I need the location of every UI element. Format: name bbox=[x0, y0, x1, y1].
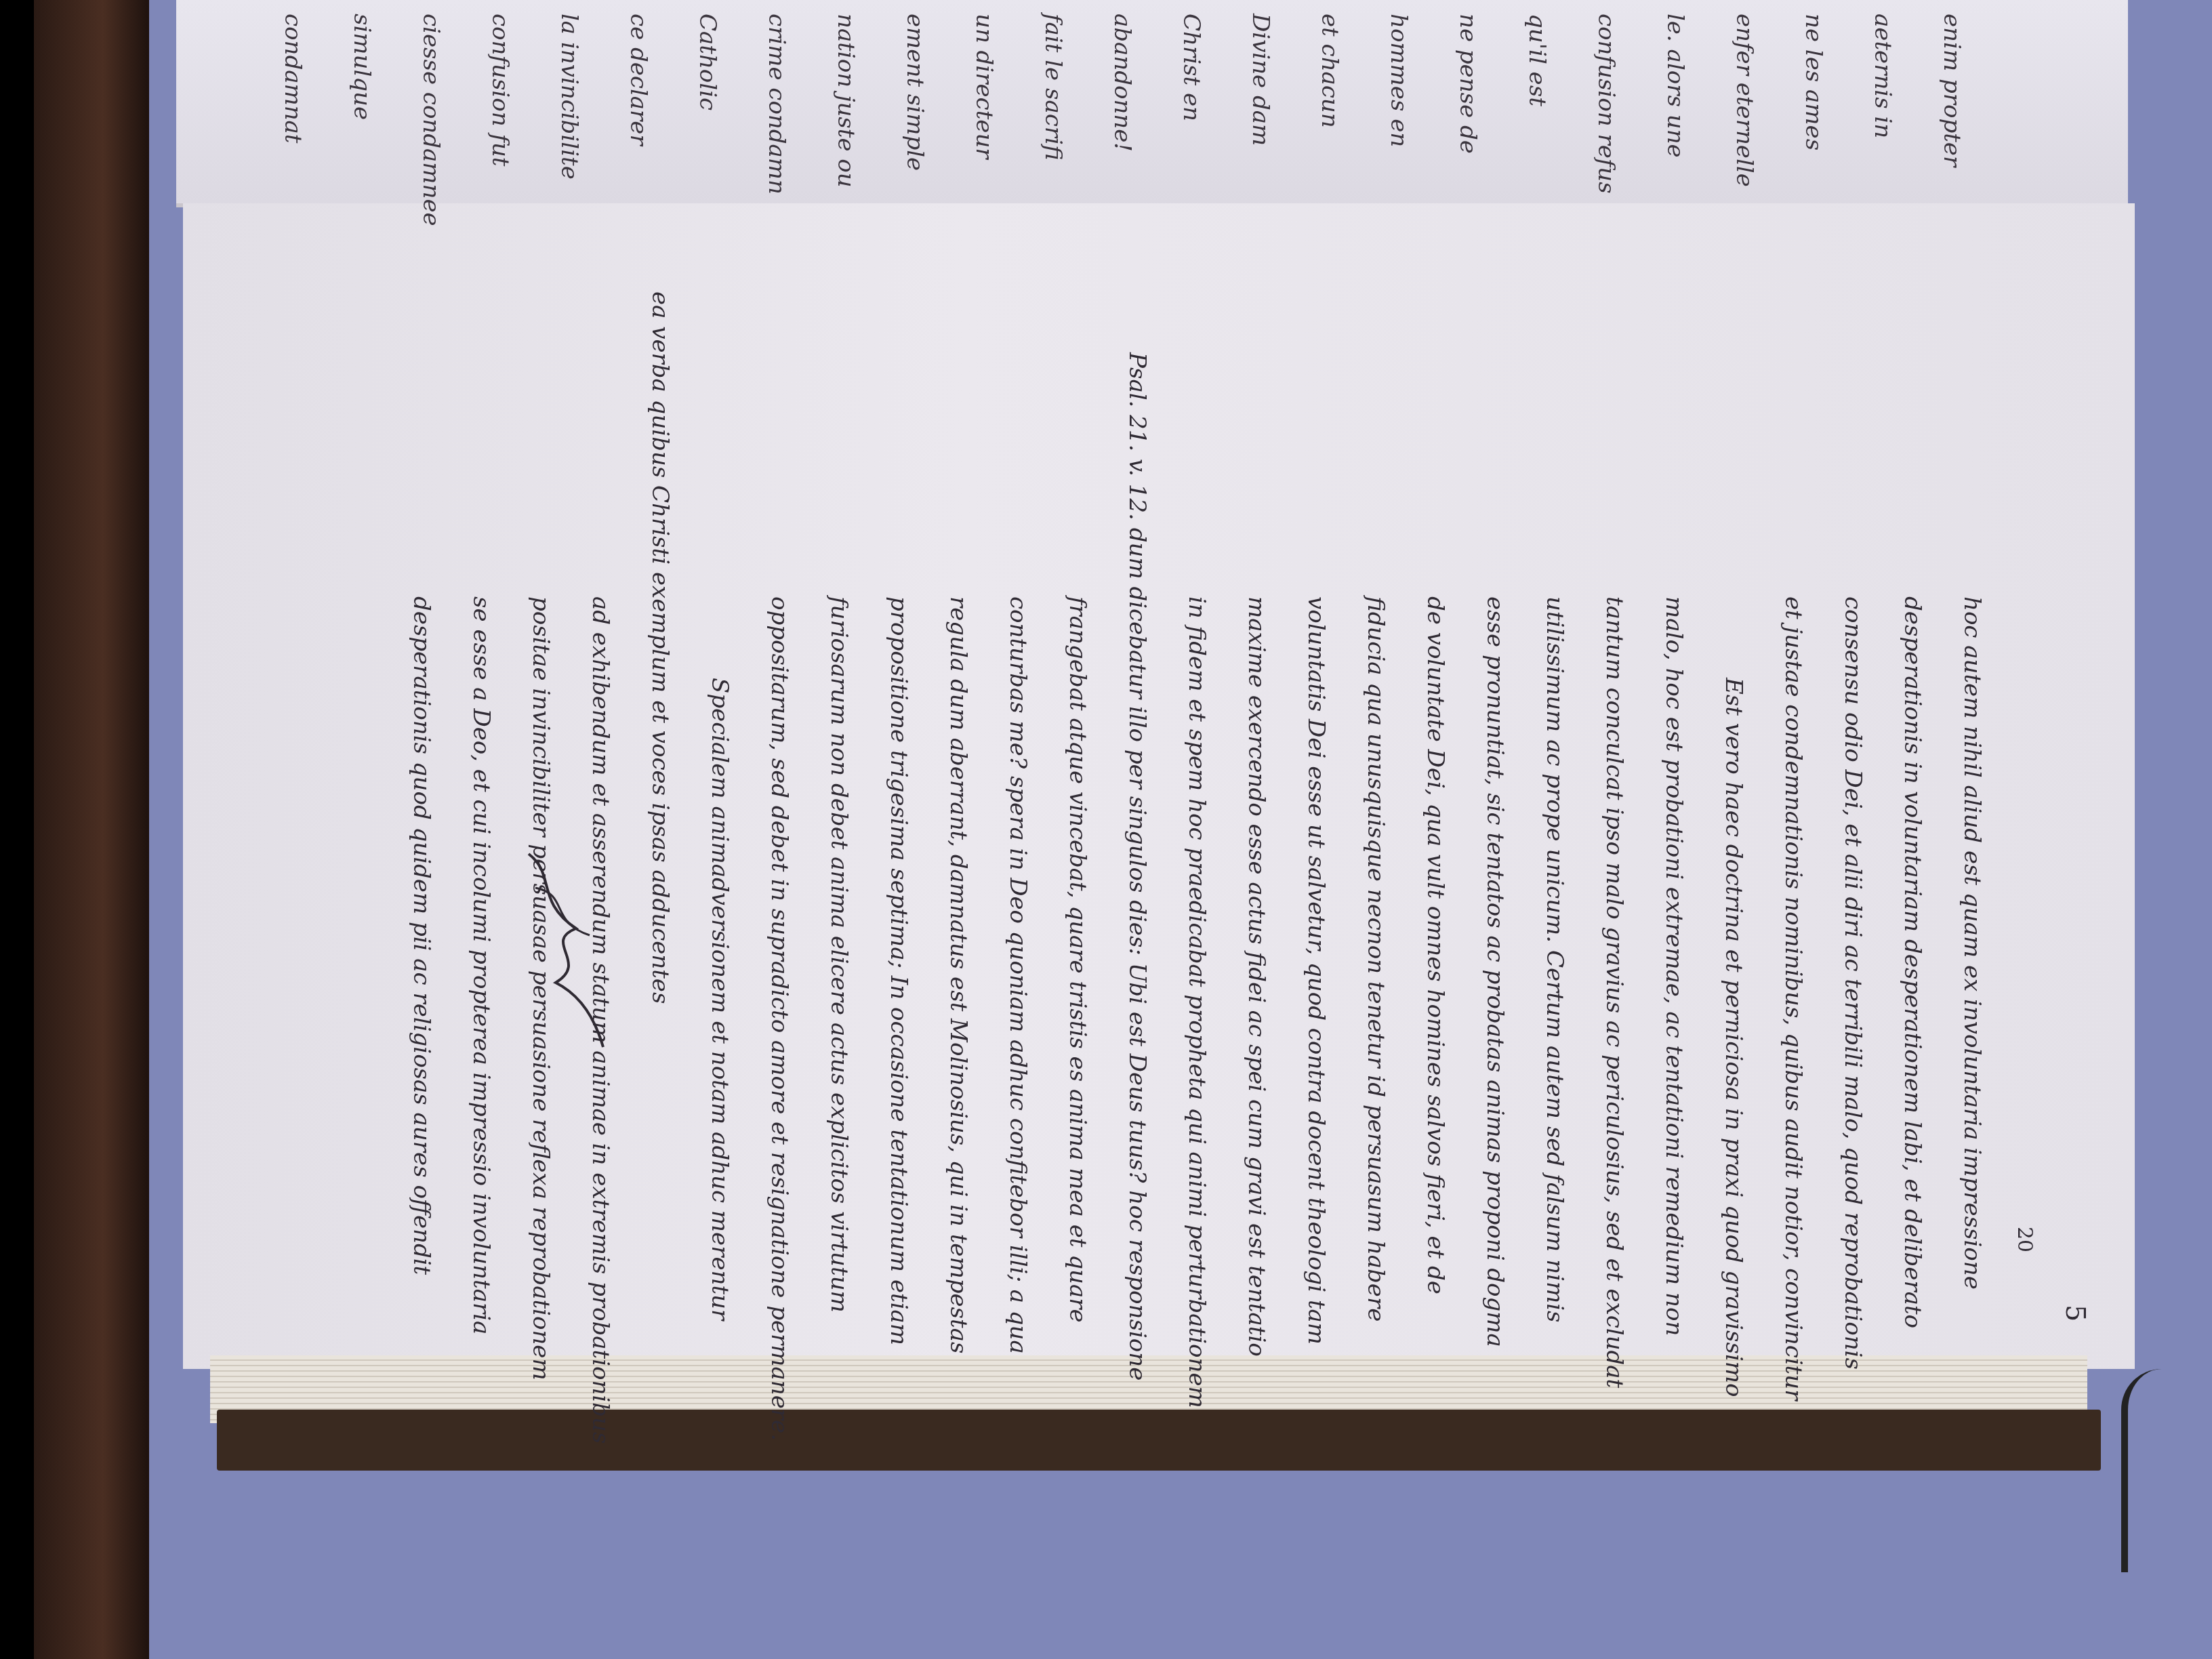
facing-page-fragment: aeternis in bbox=[1869, 14, 1896, 138]
manuscript-line: de voluntate Dei, qua vult omnes homines… bbox=[1422, 596, 1449, 1294]
manuscript-line: tantum conculcat ipso malo gravius ac pe… bbox=[1601, 596, 1628, 1388]
manuscript-line: frangebat atque vincebat, quare tristis … bbox=[1064, 596, 1091, 1323]
manuscript-line: consensu odio Dei, et alii diri ac terri… bbox=[1839, 596, 1866, 1370]
cable bbox=[2121, 1369, 2209, 1572]
manuscript-line: regula dum aberrant, damnatus est Molino… bbox=[945, 596, 972, 1353]
book-binding-edge bbox=[217, 1410, 2101, 1471]
manuscript-line: maxime exercendo esse actus fidei ac spe… bbox=[1243, 596, 1270, 1357]
manuscript-line: malo, hoc est probationi extremae, ac te… bbox=[1660, 596, 1687, 1336]
manuscript-line: oppositarum, sed debet in supradicto amo… bbox=[766, 596, 793, 1441]
manuscript-line: furiosarum non debet anima elicere actus… bbox=[825, 596, 853, 1313]
facing-page bbox=[176, 0, 2128, 207]
manuscript-line: conturbas me? spera in Deo quoniam adhuc… bbox=[1004, 596, 1031, 1354]
facing-page-fragment: ne les ames bbox=[1800, 14, 1827, 150]
facing-page-fragment: ement simple bbox=[901, 14, 928, 171]
facing-page-fragment: confusion fut bbox=[487, 14, 514, 167]
facing-page-fragment: ciesse condamnee bbox=[417, 14, 445, 226]
manuscript-line: positae invincibiliter persuasae persuas… bbox=[527, 596, 554, 1380]
facing-page-fragment: hommes en bbox=[1385, 14, 1412, 147]
facing-page-fragment: Christ en bbox=[1178, 14, 1205, 121]
facing-page-fragment: un directeur bbox=[970, 14, 998, 159]
manuscript-line: propositione trigesima septima; In occas… bbox=[885, 596, 912, 1345]
page-number: 5 bbox=[2060, 1305, 2091, 1322]
facing-page-fragment: Divine dam bbox=[1247, 14, 1274, 146]
facing-page-fragment: abandonne! bbox=[1109, 14, 1136, 152]
manuscript-line: Specialem animadversionem et notam adhuc… bbox=[706, 678, 733, 1320]
facing-page-fragment: qu'il est bbox=[1523, 14, 1551, 106]
manuscript-line: fiducia qua unusquisque necnon tenetur i… bbox=[1362, 596, 1389, 1322]
manuscript-line: hoc autem nihil aliud est quam ex involu… bbox=[1959, 596, 1986, 1290]
facing-page-fragment: ce declarer bbox=[625, 14, 652, 146]
manuscript-line: ea verba quibus Christi exemplum et voce… bbox=[647, 291, 674, 1004]
facing-page-fragment: fait le sacrifi bbox=[1040, 14, 1067, 161]
manuscript-line: voluntatis Dei esse ut salvetur, quod co… bbox=[1303, 596, 1330, 1345]
facing-page-fragment: simulque bbox=[348, 14, 375, 120]
facing-page-fragment: confusion refus bbox=[1593, 14, 1620, 194]
facing-page-fragment: enim propter bbox=[1938, 14, 1965, 167]
manuscript-line: ad exhibendum et asserendum statum anima… bbox=[587, 596, 614, 1443]
facing-page-fragment: enfer eternelle bbox=[1731, 14, 1758, 187]
facing-page-fragment: la invincibilite bbox=[556, 14, 583, 180]
facing-page-fragment: ne pense de bbox=[1454, 14, 1481, 154]
folio-number: 20 bbox=[2013, 1227, 2036, 1252]
manuscript-line: in fidem et spem hoc praedicabat prophet… bbox=[1183, 596, 1210, 1408]
book-cover-spine bbox=[34, 0, 149, 1659]
facing-page-fragment: nation juste ou bbox=[832, 14, 859, 188]
facing-page-fragment: et chacun bbox=[1316, 14, 1343, 128]
manuscript-line: se esse a Deo, et cui incolumi propterea… bbox=[468, 596, 495, 1334]
facing-page-fragment: crime condamn bbox=[763, 14, 790, 194]
manuscript-line: desperationis quod quidem pii ac religio… bbox=[408, 596, 435, 1275]
manuscript-line: et justae condemnationis nominibus, quib… bbox=[1780, 596, 1807, 1400]
manuscript-line: utilissimum ac prope unicum. Certum aute… bbox=[1541, 596, 1568, 1323]
manuscript-line: esse pronuntiat, sic tentatos ac probata… bbox=[1481, 596, 1509, 1347]
facing-page-fragment: le. alors une bbox=[1662, 14, 1689, 158]
manuscript-line: Est vero haec doctrina et perniciosa in … bbox=[1720, 678, 1747, 1397]
facing-page-fragment: condamnat bbox=[279, 14, 306, 144]
manuscript-line: Psal. 21. v. 12. dum dicebatur illo per … bbox=[1124, 352, 1151, 1380]
manuscript-line: desperationis in voluntariam desperation… bbox=[1899, 596, 1926, 1328]
facing-page-fragment: Catholic bbox=[694, 14, 721, 110]
